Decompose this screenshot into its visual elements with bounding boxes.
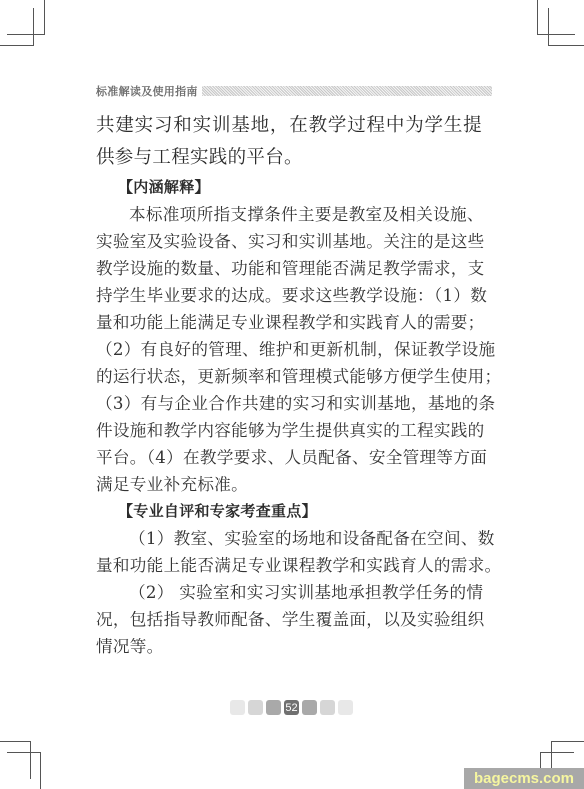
paragraph-line: 量和功能上能满足专业课程教学和实践育人的需要；: [96, 309, 482, 336]
paragraph-line: 实验室及实验设备、实习和实训基地。关注的是这些: [96, 228, 482, 255]
running-head: 标准解读及使用指南: [96, 84, 492, 98]
paragraph-line: 本标准项所指支撑条件主要是教室及相关设施、: [96, 201, 482, 228]
paragraph-line: 持学生毕业要求的达成。要求这些教学设施：（1）数: [96, 282, 482, 309]
crop-mark: [551, 741, 584, 742]
crop-mark: [548, 45, 584, 46]
pager-tab: [338, 700, 353, 715]
crop-mark: [537, 34, 575, 35]
crop-mark: [44, 0, 45, 35]
crop-mark: [40, 752, 41, 789]
crop-mark: [540, 752, 574, 753]
crop-mark: [7, 34, 45, 35]
paragraph-line: （1）教室、实验室的场地和设备配备在空间、数: [96, 525, 482, 552]
crop-mark: [0, 45, 34, 46]
lead-line: 供参与工程实践的平台。: [96, 142, 482, 174]
running-head-title: 标准解读及使用指南: [96, 83, 198, 99]
section-heading: 【专业自评和专家考查重点】: [96, 498, 482, 525]
pager-tab: [320, 700, 335, 715]
paragraph-line: 量和功能上能否满足专业课程教学和实践育人的需求。: [96, 552, 482, 579]
paragraph-line: 的运行状态，更新频率和管理模式能够方便学生使用；: [96, 363, 482, 390]
page-body: 共建实习和实训基地，在教学过程中为学生提 供参与工程实践的平台。 【内涵解释】 …: [96, 110, 482, 660]
page-number-bar: 52: [230, 700, 353, 715]
paragraph-line: 件设施和教学内容能够为学生提供真实的工程实践的: [96, 417, 482, 444]
paragraph-line: （2） 实验室和实习实训基地承担教学任务的情: [96, 579, 482, 606]
section-heading: 【内涵解释】: [96, 174, 482, 201]
lead-line: 共建实习和实训基地，在教学过程中为学生提: [96, 110, 482, 142]
paragraph-line: （3）有与企业合作共建的实习和实训基地，基地的条: [96, 390, 482, 417]
paragraph-line: 情况等。: [96, 633, 482, 660]
pager-tab: [248, 700, 263, 715]
crop-mark: [548, 8, 549, 46]
page-number: 52: [284, 700, 299, 715]
crop-mark: [30, 741, 31, 779]
paragraph-line: 况，包括指导教师配备、学生覆盖面，以及实验组织: [96, 606, 482, 633]
crop-mark: [33, 8, 34, 46]
pager-tab: [266, 700, 281, 715]
pager-tab: [230, 700, 245, 715]
paragraph-line: 教学设施的数量、功能和管理能否满足教学需求，支: [96, 255, 482, 282]
watermark: bagecms.com: [464, 768, 584, 789]
crop-mark: [537, 0, 538, 35]
paragraph-line: 平台。（4）在教学要求、人员配备、安全管理等方面: [96, 444, 482, 471]
paragraph-line: 满足专业补充标准。: [96, 471, 482, 498]
paragraph-line: （2）有良好的管理、维护和更新机制，保证教学设施: [96, 336, 482, 363]
crop-mark: [7, 752, 41, 753]
pager-tab: [302, 700, 317, 715]
running-head-rule: [202, 86, 492, 96]
crop-mark: [0, 741, 31, 742]
